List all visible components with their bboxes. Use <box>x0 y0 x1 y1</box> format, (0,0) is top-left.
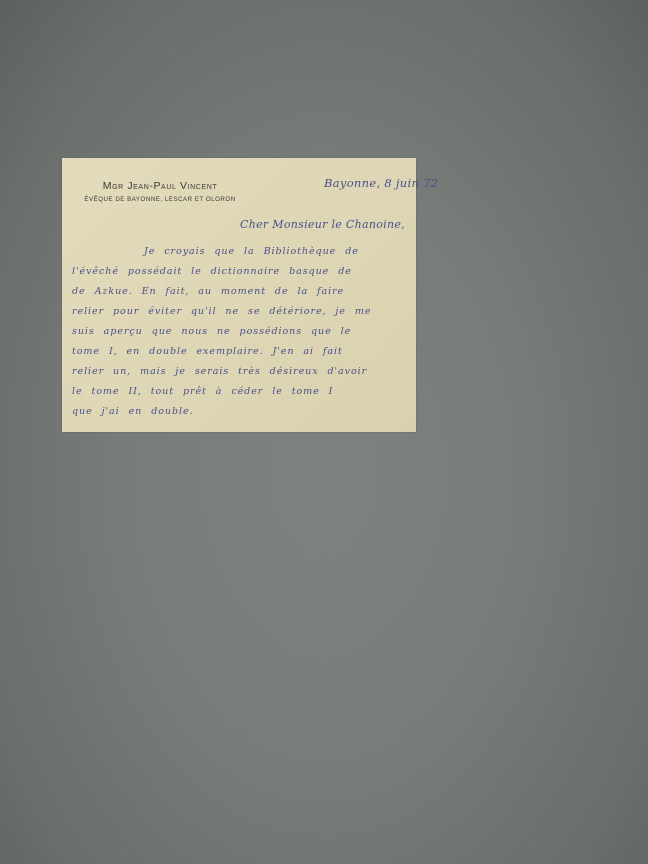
letter-line: le tome II, tout prêt à céder le tome I <box>72 386 333 397</box>
letter-line: relier pour éviter qu'il ne se détériore… <box>72 306 371 317</box>
mounting-board: Mgr Jean-Paul Vincent Évêque de Bayonne,… <box>0 0 648 864</box>
salutation: Cher Monsieur le Chanoine, <box>240 218 405 231</box>
letter-line: l'évêché possédait le dictionnaire basqu… <box>72 266 352 277</box>
letter-line: Je croyais que la Bibliothèque de <box>144 246 359 257</box>
letterhead: Mgr Jean-Paul Vincent Évêque de Bayonne,… <box>80 180 240 203</box>
letter-card: Mgr Jean-Paul Vincent Évêque de Bayonne,… <box>62 158 416 432</box>
letter-line: de Azkue. En fait, au moment de la faire <box>72 286 344 297</box>
letter-line: que j'ai en double. <box>72 406 194 417</box>
letter-line: relier un, mais je serais très désireux … <box>72 366 367 377</box>
place-date: Bayonne, 8 juin 72 <box>324 176 438 190</box>
letter-line: suis aperçu que nous ne possédions que l… <box>72 326 351 337</box>
letter-line: tome I, en double exemplaire. J'en ai fa… <box>72 346 343 357</box>
letterhead-title: Évêque de Bayonne, Lescar et Oloron <box>80 196 240 203</box>
letterhead-name: Mgr Jean-Paul Vincent <box>80 180 240 192</box>
